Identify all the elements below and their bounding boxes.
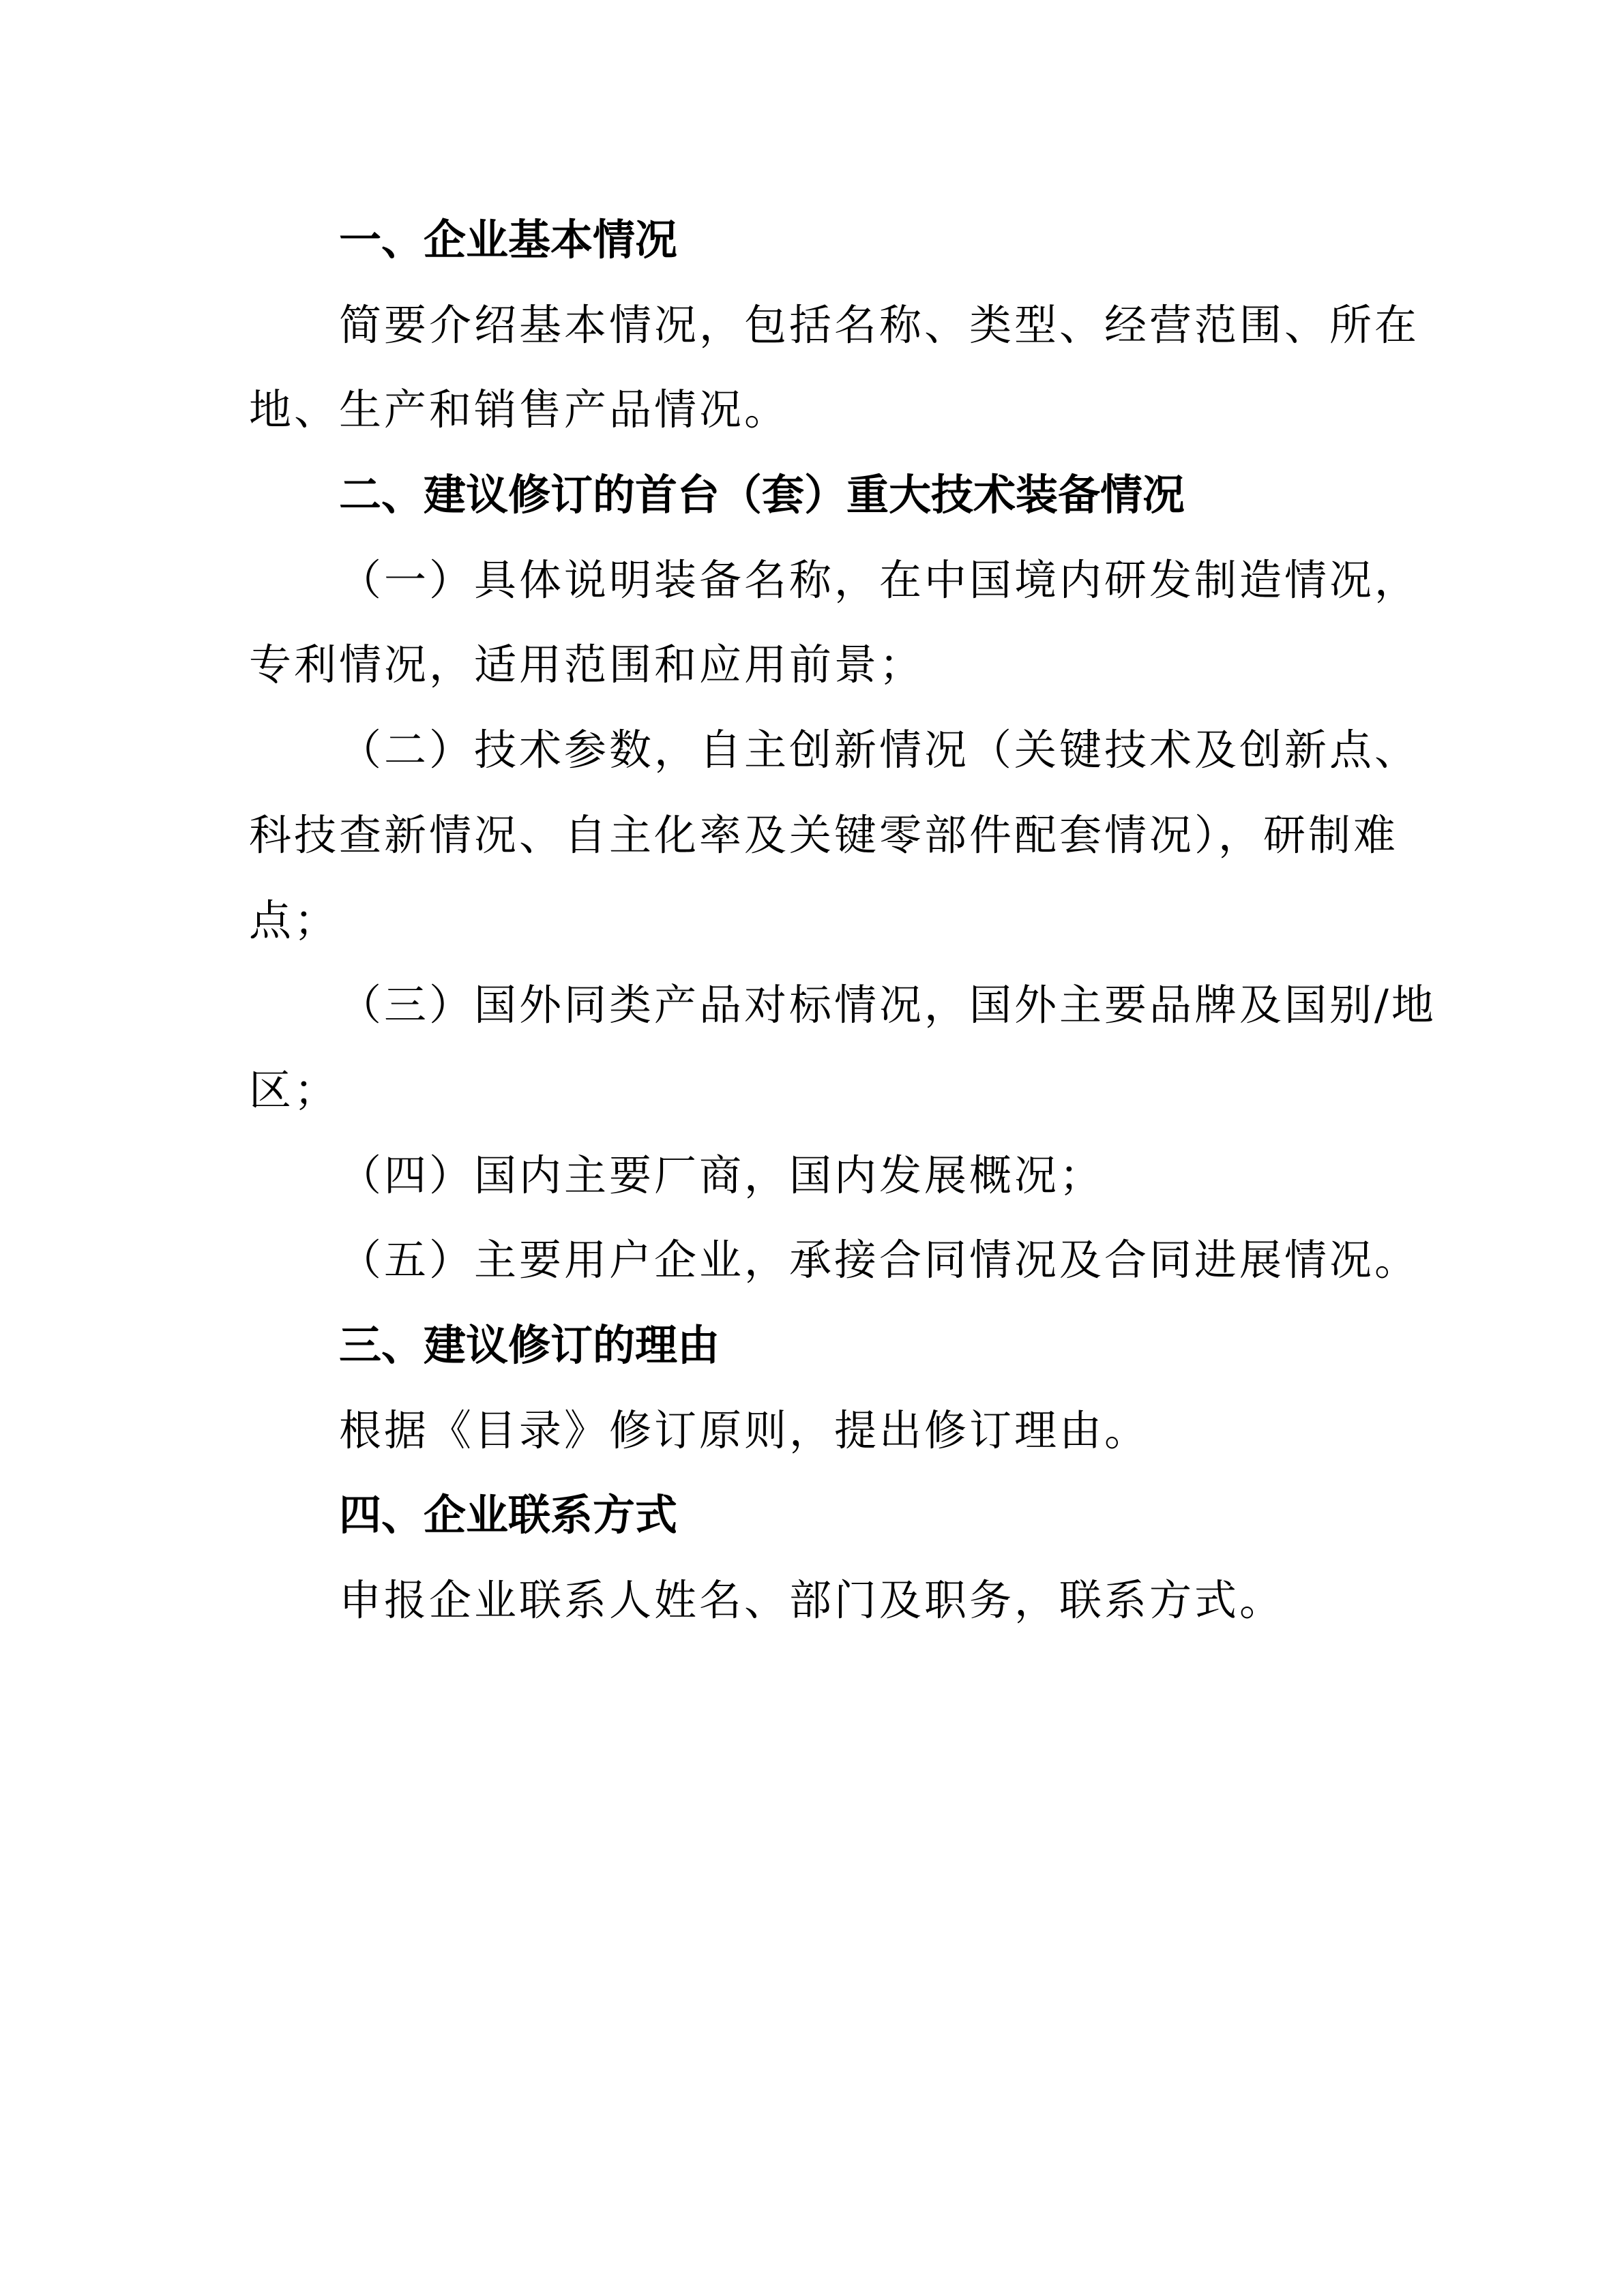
paragraph-line: 根据《目录》修订原则，提出修订理由。: [249, 1388, 1381, 1474]
paragraph-line: 地、生产和销售产品情况。: [249, 368, 1381, 453]
paragraph-line: 点；: [249, 878, 1381, 964]
section-2-item-1: （一）具体说明装备名称，在中国境内研发制造情况， 专利情况，适用范围和应用前景；: [249, 538, 1381, 708]
section-2-item-5: （五）主要用户企业，承接合同情况及合同进展情况。: [249, 1218, 1381, 1303]
paragraph-line: 区；: [249, 1048, 1381, 1133]
section-2-item-4: （四）国内主要厂商，国内发展概况；: [249, 1133, 1381, 1219]
section-2-item-3: （三）国外同类产品对标情况，国外主要品牌及国别/地 区；: [249, 963, 1381, 1133]
section-heading-4: 四、企业联系方式: [249, 1473, 1381, 1558]
paragraph-line: （三）国外同类产品对标情况，国外主要品牌及国别/地: [249, 963, 1381, 1048]
section-heading-2: 二、建议修订的首台（套）重大技术装备情况: [249, 453, 1381, 538]
paragraph-line: 专利情况，适用范围和应用前景；: [249, 623, 1381, 708]
paragraph-line: 科技查新情况、自主化率及关键零部件配套情况），研制难: [249, 793, 1381, 878]
paragraph-line: （二）技术参数，自主创新情况（关键技术及创新点、: [249, 708, 1381, 793]
paragraph-line: 简要介绍基本情况，包括名称、类型、经营范围、所在: [249, 283, 1381, 368]
section-2-item-2: （二）技术参数，自主创新情况（关键技术及创新点、 科技查新情况、自主化率及关键零…: [249, 708, 1381, 963]
paragraph-line: 申报企业联系人姓名、部门及职务，联系方式。: [249, 1558, 1381, 1643]
paragraph-line: （四）国内主要厂商，国内发展概况；: [249, 1133, 1381, 1219]
section-4-paragraph-1: 申报企业联系人姓名、部门及职务，联系方式。: [249, 1558, 1381, 1643]
document-page: 一、企业基本情况 简要介绍基本情况，包括名称、类型、经营范围、所在 地、生产和销…: [249, 198, 1381, 1643]
section-heading-1: 一、企业基本情况: [249, 198, 1381, 283]
paragraph-line: （一）具体说明装备名称，在中国境内研发制造情况，: [249, 538, 1381, 623]
section-1-paragraph-1: 简要介绍基本情况，包括名称、类型、经营范围、所在 地、生产和销售产品情况。: [249, 283, 1381, 453]
section-3-paragraph-1: 根据《目录》修订原则，提出修订理由。: [249, 1388, 1381, 1474]
paragraph-line: （五）主要用户企业，承接合同情况及合同进展情况。: [249, 1218, 1381, 1303]
section-heading-3: 三、建议修订的理由: [249, 1303, 1381, 1388]
